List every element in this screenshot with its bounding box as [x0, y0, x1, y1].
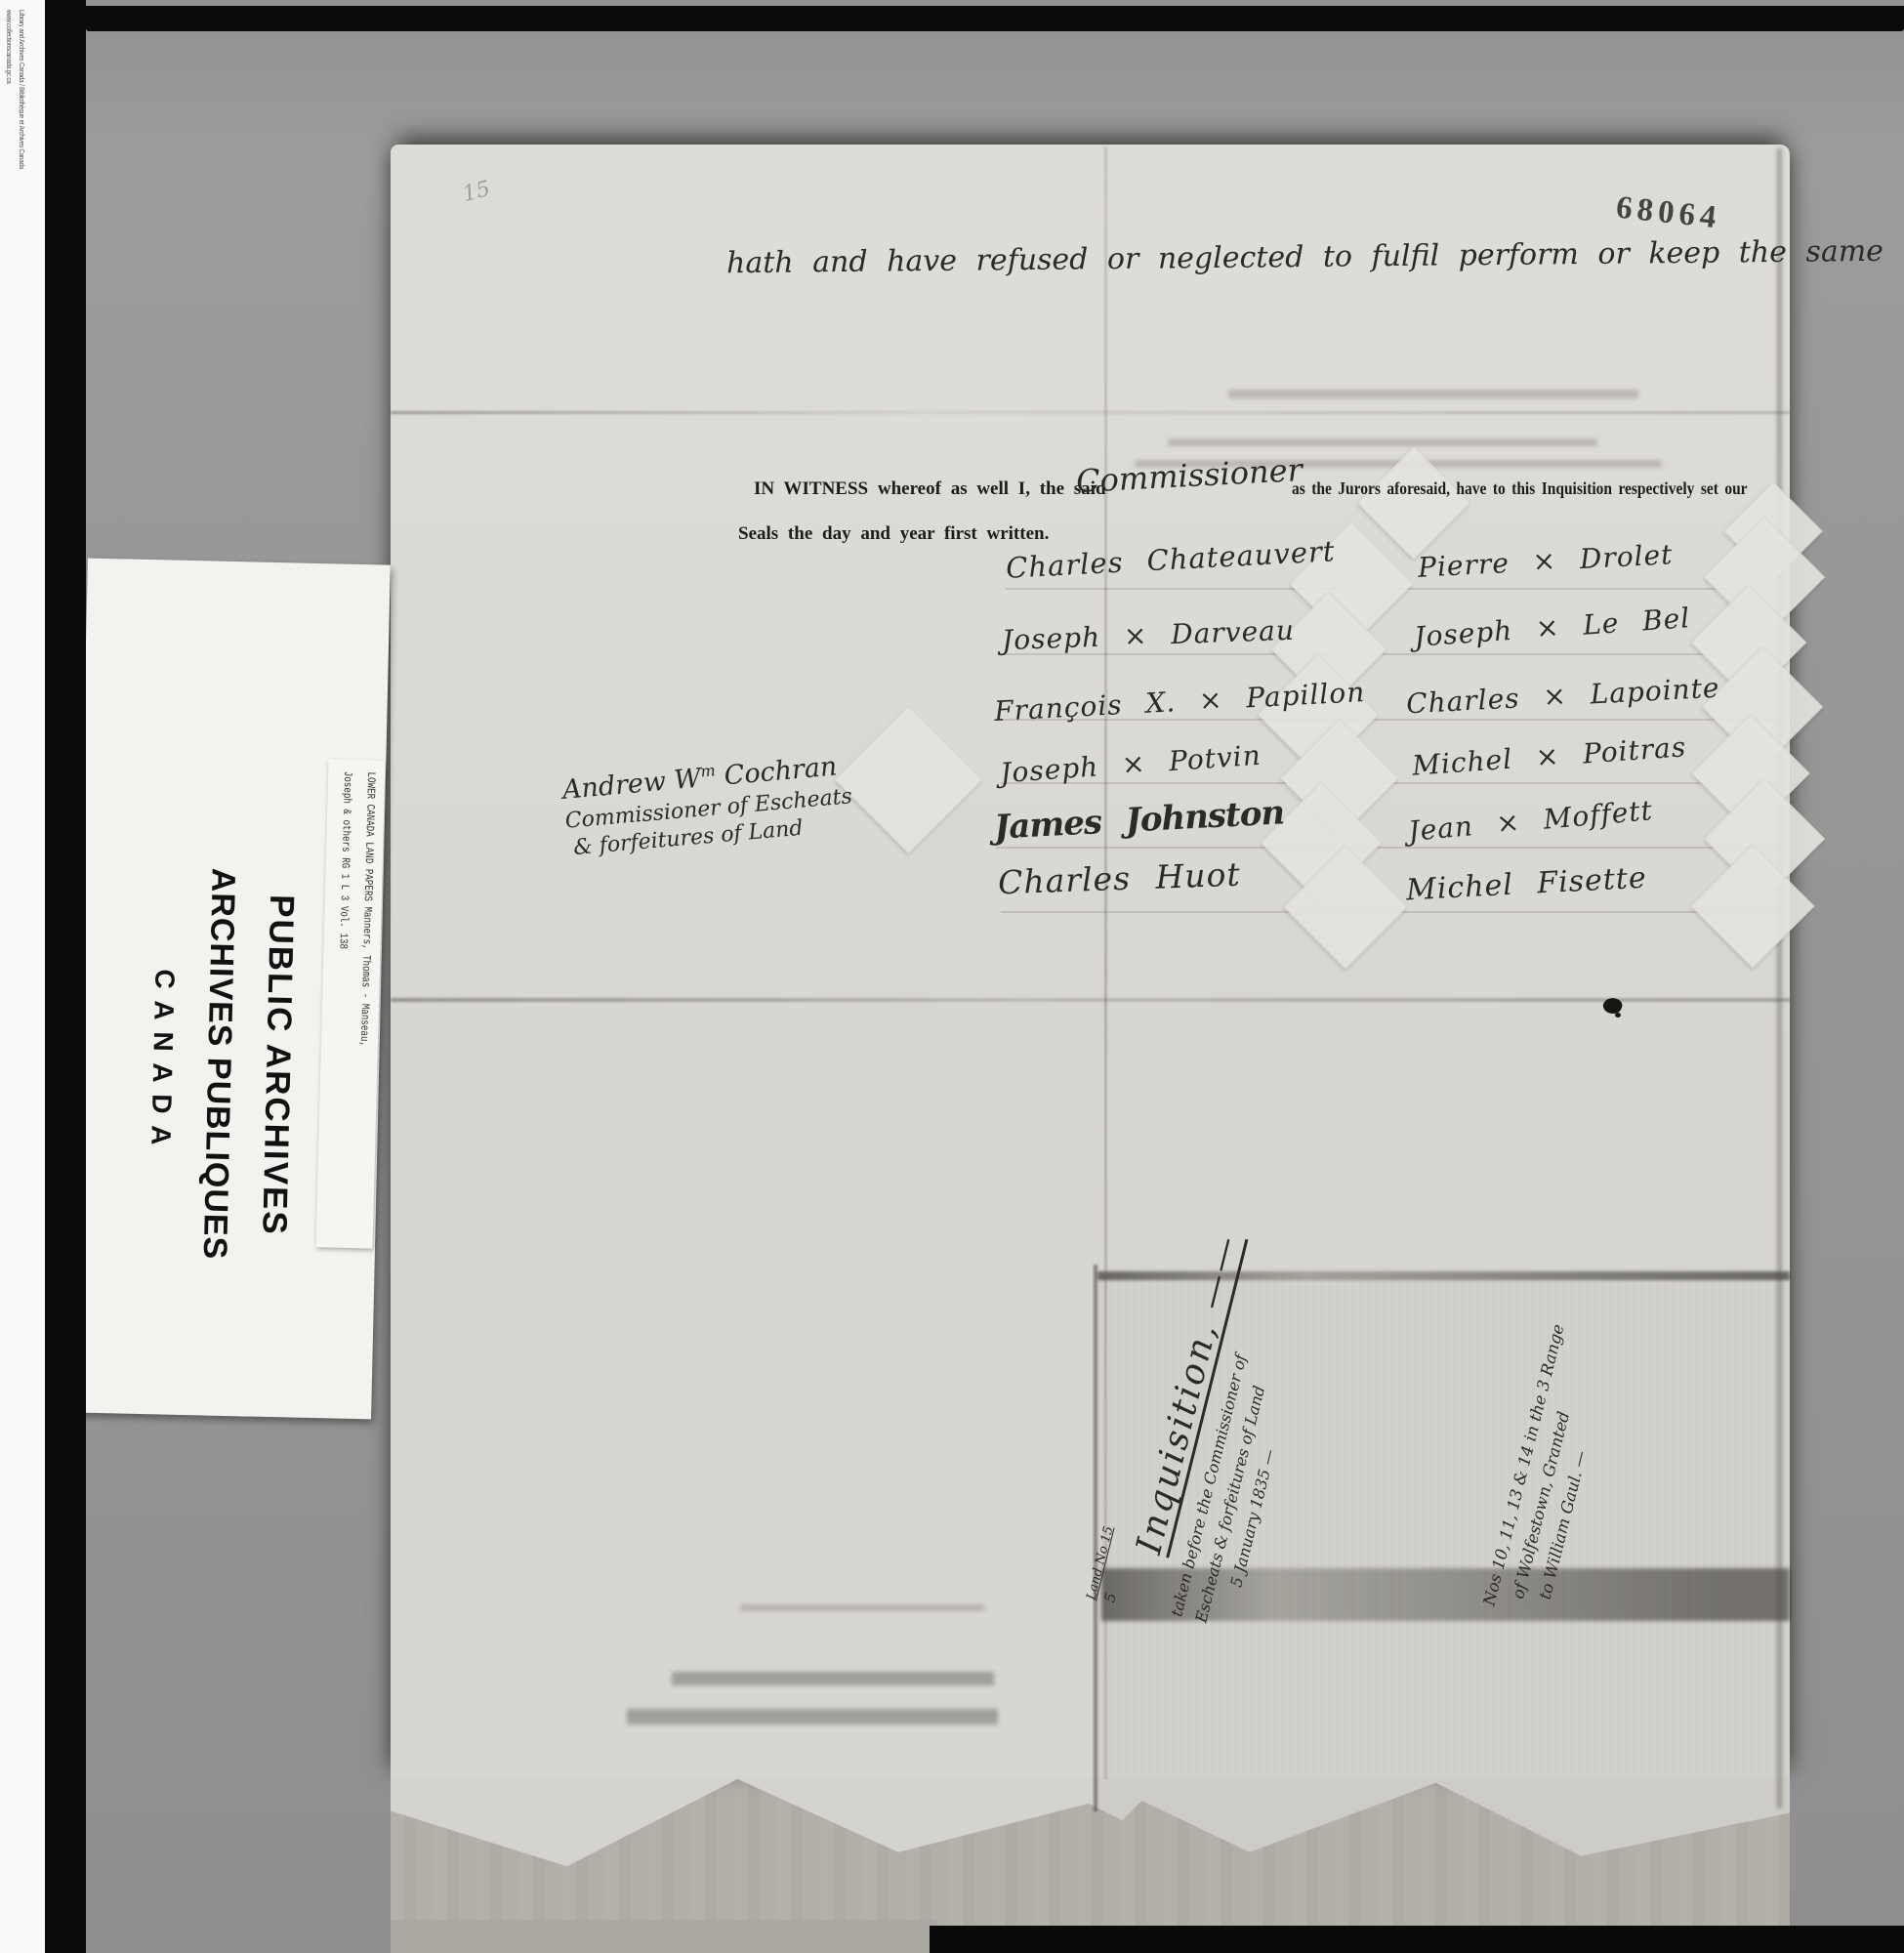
ink-blot-dot [1615, 1013, 1621, 1018]
document-lower-left-fold [391, 1002, 1097, 1779]
ghost-stamp-line [672, 1672, 994, 1685]
printed-witness-text: IN WITNESS whereof as well I, the said [754, 478, 1106, 500]
fold-edge-line [391, 998, 1790, 1002]
ghost-stamp-line [627, 1709, 998, 1724]
lower-paper-sheet-edge [391, 1920, 937, 1953]
credit-text: Library and Archives Canada / Bibliothèq… [3, 10, 28, 458]
paper-right-edge-shadow [1777, 148, 1782, 1808]
ruled-line [1001, 653, 1777, 655]
archives-card-text: PUBLIC ARCHIVES ARCHIVES PUBLIQUES CANAD… [126, 750, 313, 1379]
bleedthrough-band [1168, 438, 1597, 446]
film-border-bottom [930, 1926, 1904, 1953]
ruled-line [996, 847, 1777, 849]
film-border-top [86, 6, 1904, 31]
credit-url: www.collectionscanada.gc.ca [3, 10, 16, 458]
bleedthrough-band [1228, 390, 1638, 398]
printed-seals-line: Seals the day and year first written. [738, 523, 1049, 545]
credit-strip: Library and Archives Canada / Bibliothèq… [0, 0, 45, 1953]
horizontal-crease [391, 411, 1790, 414]
film-border-left [45, 0, 86, 1953]
archival-photo: 68064 15 hath and have refused or neglec… [0, 0, 1904, 1953]
credit-line: Library and Archives Canada / Bibliothèq… [16, 10, 28, 458]
catalog-label-text: LOWER CANADA LAND PAPERS Manners, Thomas… [325, 771, 382, 1147]
printed-witness-text-cont: as the Jurors aforesaid, have to this In… [1292, 478, 1748, 499]
bleedthrough-band [740, 1604, 984, 1611]
vertical-fold-edge [1094, 1265, 1097, 1811]
